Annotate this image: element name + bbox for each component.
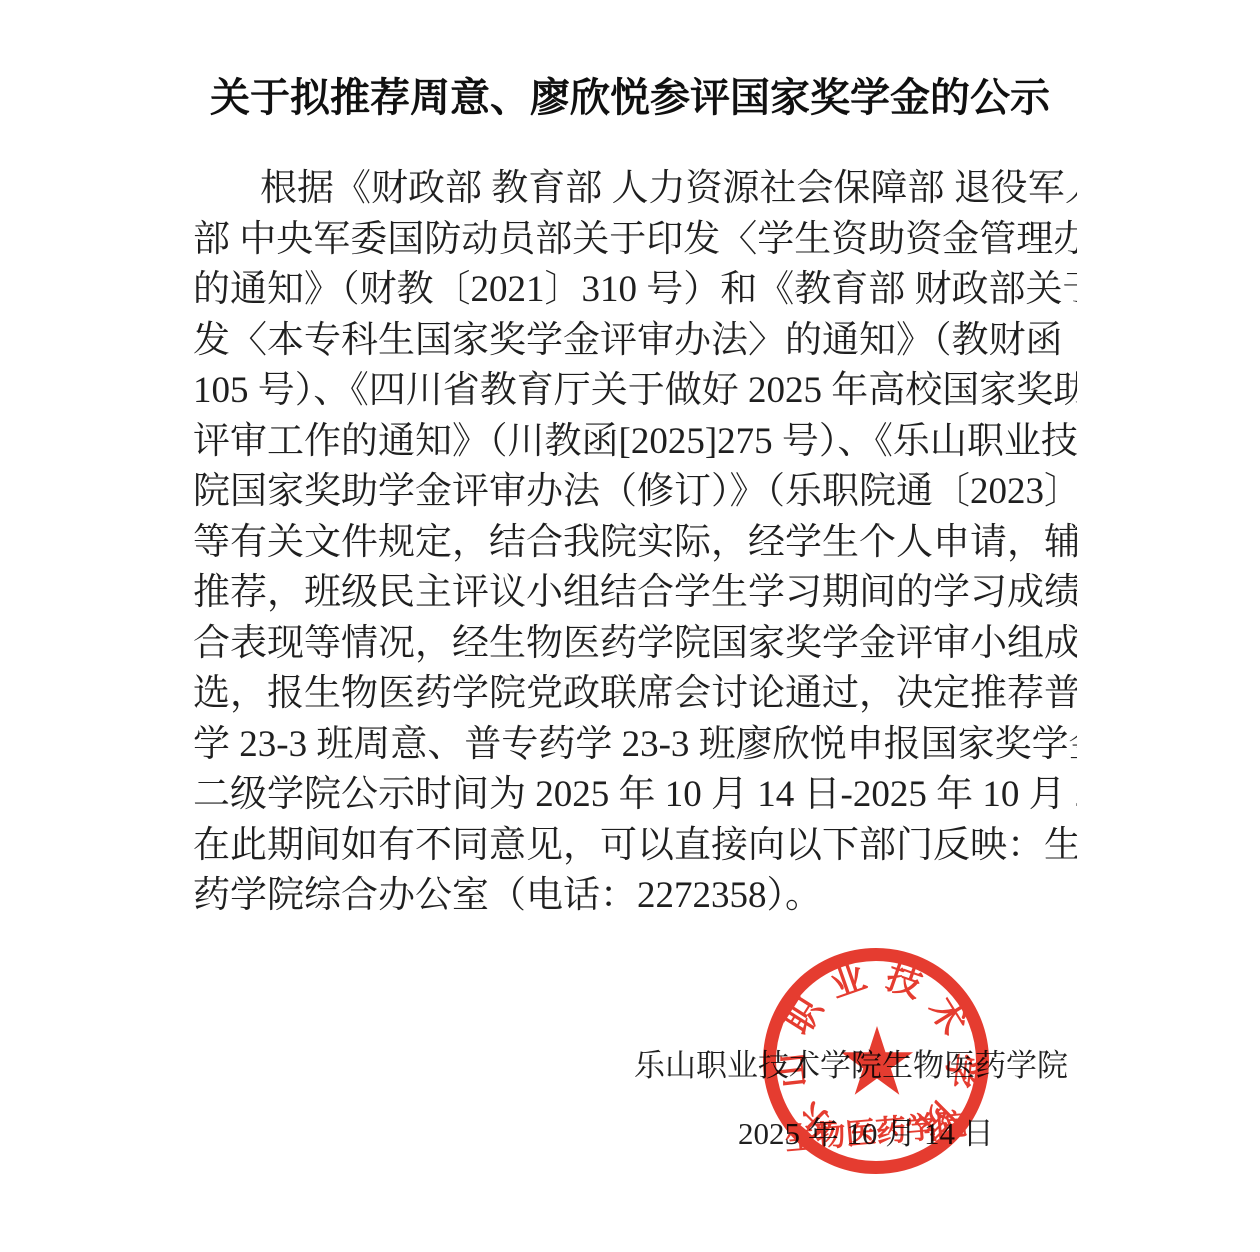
body-line: 推荐，班级民主评议小组结合学生学习期间的学习成绩和综 bbox=[193, 568, 1077, 619]
svg-text:山: 山 bbox=[771, 1051, 814, 1090]
body-line: 学 23-3 班周意、普专药学 23-3 班廖欣悦申报国家奖学金。 bbox=[193, 720, 1077, 771]
body-line: 在此期间如有不同意见，可以直接向以下部门反映：生物医 bbox=[193, 821, 1077, 872]
notice-title: 关于拟推荐周意、廖欣悦参评国家奖学金的公示 bbox=[0, 66, 1260, 123]
star-icon bbox=[841, 1026, 913, 1095]
body-line: 院国家奖助学金评审办法（修订）》（乐职院通〔2023〕82 号） bbox=[193, 467, 1077, 518]
body-line: 选，报生物医药学院党政联席会讨论通过，决定推荐普专药 bbox=[193, 669, 1077, 720]
svg-text:学: 学 bbox=[939, 1051, 982, 1090]
body-line: 的通知》（财教〔2021〕310 号）和《教育部 财政部关于印 bbox=[193, 265, 1077, 316]
body-line: 105 号）、《四川省教育厅关于做好 2025 年高校国家奖助学金 bbox=[193, 366, 1077, 417]
body-line: 部 中央军委国防动员部关于印发〈学生资助资金管理办法〉 bbox=[193, 215, 1077, 266]
body-line: 二级学院公示时间为 2025 年 10 月 14 日-2025 年 10 月 2… bbox=[193, 770, 1077, 821]
body-line: 发〈本专科生国家奖学金评审办法〉的通知》（教财函〔2019〕 bbox=[193, 316, 1077, 367]
body-line: 合表现等情况，经生物医药学院国家奖学金评审小组成员评 bbox=[193, 619, 1077, 670]
notice-document: 关于拟推荐周意、廖欣悦参评国家奖学金的公示 根据《财政部 教育部 人力资源社会保… bbox=[0, 0, 1260, 1252]
notice-body: 根据《财政部 教育部 人力资源社会保障部 退役军人 部 中央军委国防动员部关于印… bbox=[193, 164, 1077, 922]
body-line: 药学院综合办公室（电话：2272358）。 bbox=[193, 871, 1077, 922]
body-line: 评审工作的通知》（川教函[2025]275 号）、《乐山职业技术学 bbox=[193, 417, 1077, 468]
official-seal: 乐 山 职 业 技 术 学 院 生物医药学院 bbox=[753, 941, 999, 1187]
body-line: 等有关文件规定，结合我院实际，经学生个人申请，辅导员 bbox=[193, 518, 1077, 569]
body-line: 根据《财政部 教育部 人力资源社会保障部 退役军人 bbox=[193, 164, 1077, 215]
